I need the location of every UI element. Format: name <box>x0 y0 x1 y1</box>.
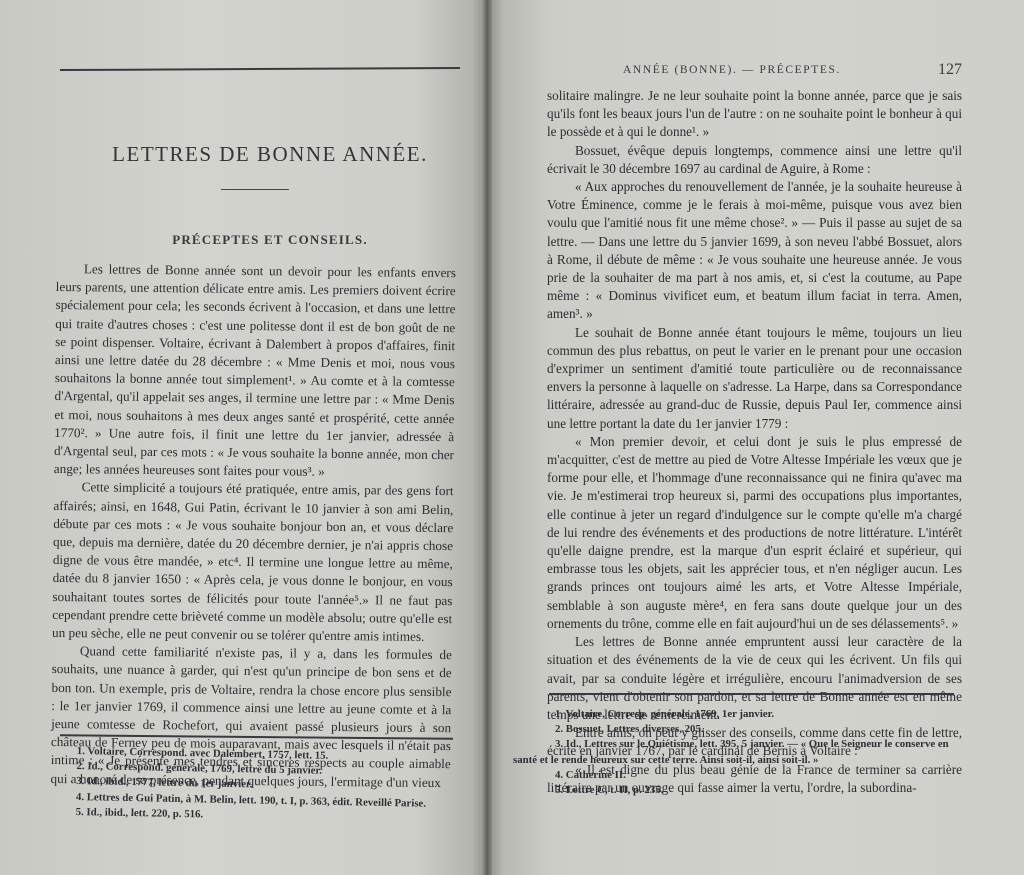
paragraph: Le souhait de Bonne année étant toujours… <box>547 324 962 433</box>
paragraph: « Aux approches du renouvellement de l'a… <box>547 178 962 324</box>
paragraph: Bossuet, évêque depuis longtemps, commen… <box>547 142 962 178</box>
footnotes: 1. Voltaire, Corresp. générale, 1769, 1e… <box>513 707 968 798</box>
footnote: 2. Bossuet, Lettres diverses, 205. <box>513 722 968 737</box>
section-subtitle: PRÉCEPTES ET CONSEILS. <box>60 232 480 248</box>
footnote: 3. Id., Lettres sur le Quiétisme, lett. … <box>513 737 968 767</box>
book-gutter <box>482 0 492 875</box>
chapter-title: LETTRES DE BONNE ANNÉE. <box>60 142 480 167</box>
footnote: 5. Lettre C, t. II, p. 235. <box>513 783 968 798</box>
running-head-title: ANNÉE (BONNE). — PRÉCEPTES. <box>557 64 907 76</box>
footnote: 1. Voltaire, Corresp. générale, 1769, 1e… <box>513 707 968 722</box>
left-page: LETTRES DE BONNE ANNÉE. PRÉCEPTES ET CON… <box>0 0 487 875</box>
footnotes: 1. Voltaire, Correspond. avec Dalembert,… <box>76 744 427 827</box>
body-text: solitaire malingre. Je ne leur souhaite … <box>547 87 962 797</box>
footnote: 4. Catherine II. <box>513 768 968 783</box>
paragraph: Cette simplicité a toujours été pratiqué… <box>52 478 454 646</box>
page-number: 127 <box>938 61 962 79</box>
paragraph: solitaire malingre. Je ne leur souhaite … <box>547 87 962 142</box>
footnote-rule <box>549 693 954 695</box>
top-rule <box>60 67 460 71</box>
paragraph: « Mon premier devoir, et celui dont je s… <box>547 433 962 633</box>
open-book-spread: LETTRES DE BONNE ANNÉE. PRÉCEPTES ET CON… <box>0 0 1024 875</box>
body-text: Les lettres de Bonne année sont un devoi… <box>50 260 456 792</box>
title-divider <box>221 189 289 190</box>
right-page: ANNÉE (BONNE). — PRÉCEPTES. 127 solitair… <box>487 0 1024 875</box>
paragraph: Les lettres de Bonne année sont un devoi… <box>54 260 456 483</box>
